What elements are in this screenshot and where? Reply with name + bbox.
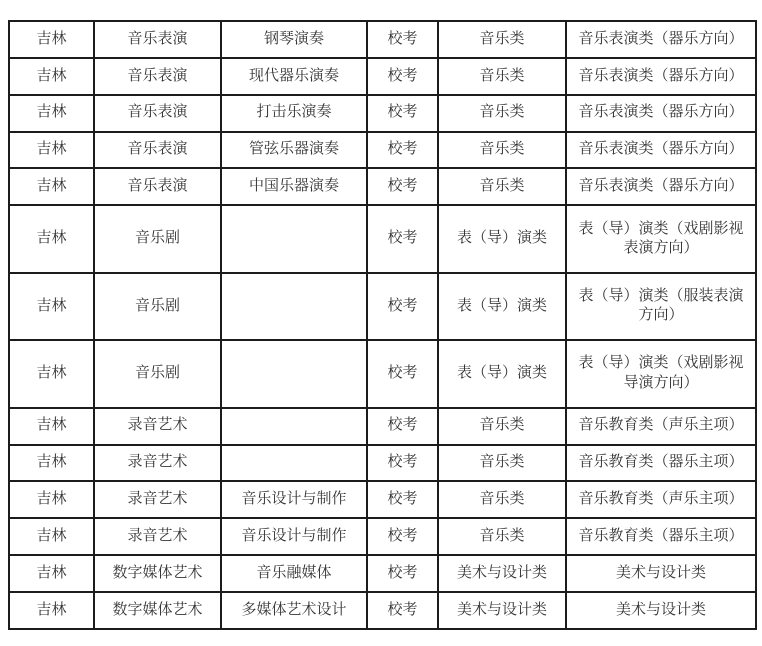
cell-major: 数字媒体艺术 <box>94 592 221 629</box>
table-row: 吉林 音乐表演 现代器乐演奏 校考 音乐类 音乐表演类（器乐方向） <box>9 58 756 95</box>
cell-exam-category: 表（导）演类（服装表演 方向） <box>566 273 756 340</box>
cell-exam-type: 校考 <box>367 445 438 482</box>
cell-major: 音乐表演 <box>94 58 221 95</box>
cell-specialization <box>221 273 367 340</box>
cell-specialization <box>221 205 367 272</box>
cell-exam-category: 美术与设计类 <box>566 592 756 629</box>
table-row: 吉林 音乐表演 打击乐演奏 校考 音乐类 音乐表演类（器乐方向） <box>9 95 756 132</box>
cell-province: 吉林 <box>9 273 94 340</box>
table-row: 吉林 音乐剧 校考 表（导）演类 表（导）演类（服装表演 方向） <box>9 273 756 340</box>
table-row: 吉林 音乐表演 中国乐器演奏 校考 音乐类 音乐表演类（器乐方向） <box>9 168 756 205</box>
cell-specialization: 打击乐演奏 <box>221 95 367 132</box>
cell-category: 音乐类 <box>438 95 566 132</box>
cell-exam-type: 校考 <box>367 132 438 169</box>
cell-major: 录音艺术 <box>94 445 221 482</box>
cell-category: 音乐类 <box>438 408 566 445</box>
cell-exam-category: 音乐表演类（器乐方向） <box>566 168 756 205</box>
cell-major: 音乐剧 <box>94 205 221 272</box>
cell-province: 吉林 <box>9 592 94 629</box>
table-row: 吉林 音乐剧 校考 表（导）演类 表（导）演类（戏剧影视 导演方向） <box>9 340 756 407</box>
cell-exam-category: 音乐表演类（器乐方向） <box>566 95 756 132</box>
cell-specialization: 音乐融媒体 <box>221 555 367 592</box>
cell-exam-type: 校考 <box>367 273 438 340</box>
cell-specialization: 现代器乐演奏 <box>221 58 367 95</box>
cell-specialization: 音乐设计与制作 <box>221 518 367 555</box>
cell-exam-type: 校考 <box>367 58 438 95</box>
cell-major: 音乐表演 <box>94 168 221 205</box>
cell-specialization <box>221 408 367 445</box>
cell-major: 音乐表演 <box>94 21 221 58</box>
cell-province: 吉林 <box>9 518 94 555</box>
cell-specialization: 音乐设计与制作 <box>221 481 367 518</box>
cell-specialization: 管弦乐器演奏 <box>221 132 367 169</box>
cell-category: 音乐类 <box>438 445 566 482</box>
cell-exam-type: 校考 <box>367 340 438 407</box>
admissions-table: 吉林 音乐表演 钢琴演奏 校考 音乐类 音乐表演类（器乐方向） 吉林 音乐表演 … <box>8 20 757 630</box>
cell-specialization: 钢琴演奏 <box>221 21 367 58</box>
cell-province: 吉林 <box>9 481 94 518</box>
cell-category: 美术与设计类 <box>438 592 566 629</box>
cell-exam-type: 校考 <box>367 95 438 132</box>
cell-exam-type: 校考 <box>367 21 438 58</box>
cell-province: 吉林 <box>9 58 94 95</box>
cell-province: 吉林 <box>9 340 94 407</box>
cell-category: 音乐类 <box>438 518 566 555</box>
cell-exam-category: 音乐教育类（声乐主项） <box>566 481 756 518</box>
cell-specialization: 中国乐器演奏 <box>221 168 367 205</box>
table-row: 吉林 录音艺术 音乐设计与制作 校考 音乐类 音乐教育类（器乐主项） <box>9 518 756 555</box>
cell-category: 表（导）演类 <box>438 340 566 407</box>
cell-category: 美术与设计类 <box>438 555 566 592</box>
cell-province: 吉林 <box>9 95 94 132</box>
cell-province: 吉林 <box>9 21 94 58</box>
cell-exam-type: 校考 <box>367 408 438 445</box>
cell-major: 音乐剧 <box>94 340 221 407</box>
cell-category: 音乐类 <box>438 132 566 169</box>
cell-exam-category: 音乐教育类（器乐主项） <box>566 518 756 555</box>
cell-major: 音乐剧 <box>94 273 221 340</box>
cell-exam-category: 音乐表演类（器乐方向） <box>566 132 756 169</box>
cell-exam-category: 音乐教育类（器乐主项） <box>566 445 756 482</box>
cell-exam-category: 表（导）演类（戏剧影视 表演方向） <box>566 205 756 272</box>
table-body: 吉林 音乐表演 钢琴演奏 校考 音乐类 音乐表演类（器乐方向） 吉林 音乐表演 … <box>9 21 756 629</box>
cell-exam-category: 音乐表演类（器乐方向） <box>566 58 756 95</box>
cell-province: 吉林 <box>9 408 94 445</box>
cell-category: 音乐类 <box>438 58 566 95</box>
table-row: 吉林 数字媒体艺术 多媒体艺术设计 校考 美术与设计类 美术与设计类 <box>9 592 756 629</box>
cell-major: 音乐表演 <box>94 95 221 132</box>
cell-category: 音乐类 <box>438 481 566 518</box>
table-row: 吉林 数字媒体艺术 音乐融媒体 校考 美术与设计类 美术与设计类 <box>9 555 756 592</box>
table-row: 吉林 录音艺术 校考 音乐类 音乐教育类（声乐主项） <box>9 408 756 445</box>
cell-exam-type: 校考 <box>367 555 438 592</box>
table-row: 吉林 音乐表演 钢琴演奏 校考 音乐类 音乐表演类（器乐方向） <box>9 21 756 58</box>
cell-exam-category: 美术与设计类 <box>566 555 756 592</box>
table-row: 吉林 录音艺术 音乐设计与制作 校考 音乐类 音乐教育类（声乐主项） <box>9 481 756 518</box>
cell-exam-type: 校考 <box>367 205 438 272</box>
cell-province: 吉林 <box>9 555 94 592</box>
cell-specialization: 多媒体艺术设计 <box>221 592 367 629</box>
cell-major: 数字媒体艺术 <box>94 555 221 592</box>
cell-province: 吉林 <box>9 168 94 205</box>
cell-category: 表（导）演类 <box>438 205 566 272</box>
table-row: 吉林 音乐剧 校考 表（导）演类 表（导）演类（戏剧影视 表演方向） <box>9 205 756 272</box>
cell-category: 音乐类 <box>438 21 566 58</box>
cell-category: 表（导）演类 <box>438 273 566 340</box>
cell-category: 音乐类 <box>438 168 566 205</box>
cell-exam-type: 校考 <box>367 518 438 555</box>
cell-exam-category: 音乐表演类（器乐方向） <box>566 21 756 58</box>
cell-major: 录音艺术 <box>94 518 221 555</box>
cell-exam-category: 表（导）演类（戏剧影视 导演方向） <box>566 340 756 407</box>
cell-specialization <box>221 340 367 407</box>
cell-major: 音乐表演 <box>94 132 221 169</box>
cell-specialization <box>221 445 367 482</box>
table-row: 吉林 录音艺术 校考 音乐类 音乐教育类（器乐主项） <box>9 445 756 482</box>
cell-province: 吉林 <box>9 132 94 169</box>
cell-exam-type: 校考 <box>367 168 438 205</box>
cell-exam-type: 校考 <box>367 592 438 629</box>
cell-major: 录音艺术 <box>94 408 221 445</box>
cell-exam-type: 校考 <box>367 481 438 518</box>
table-row: 吉林 音乐表演 管弦乐器演奏 校考 音乐类 音乐表演类（器乐方向） <box>9 132 756 169</box>
cell-province: 吉林 <box>9 445 94 482</box>
cell-exam-category: 音乐教育类（声乐主项） <box>566 408 756 445</box>
cell-province: 吉林 <box>9 205 94 272</box>
cell-major: 录音艺术 <box>94 481 221 518</box>
